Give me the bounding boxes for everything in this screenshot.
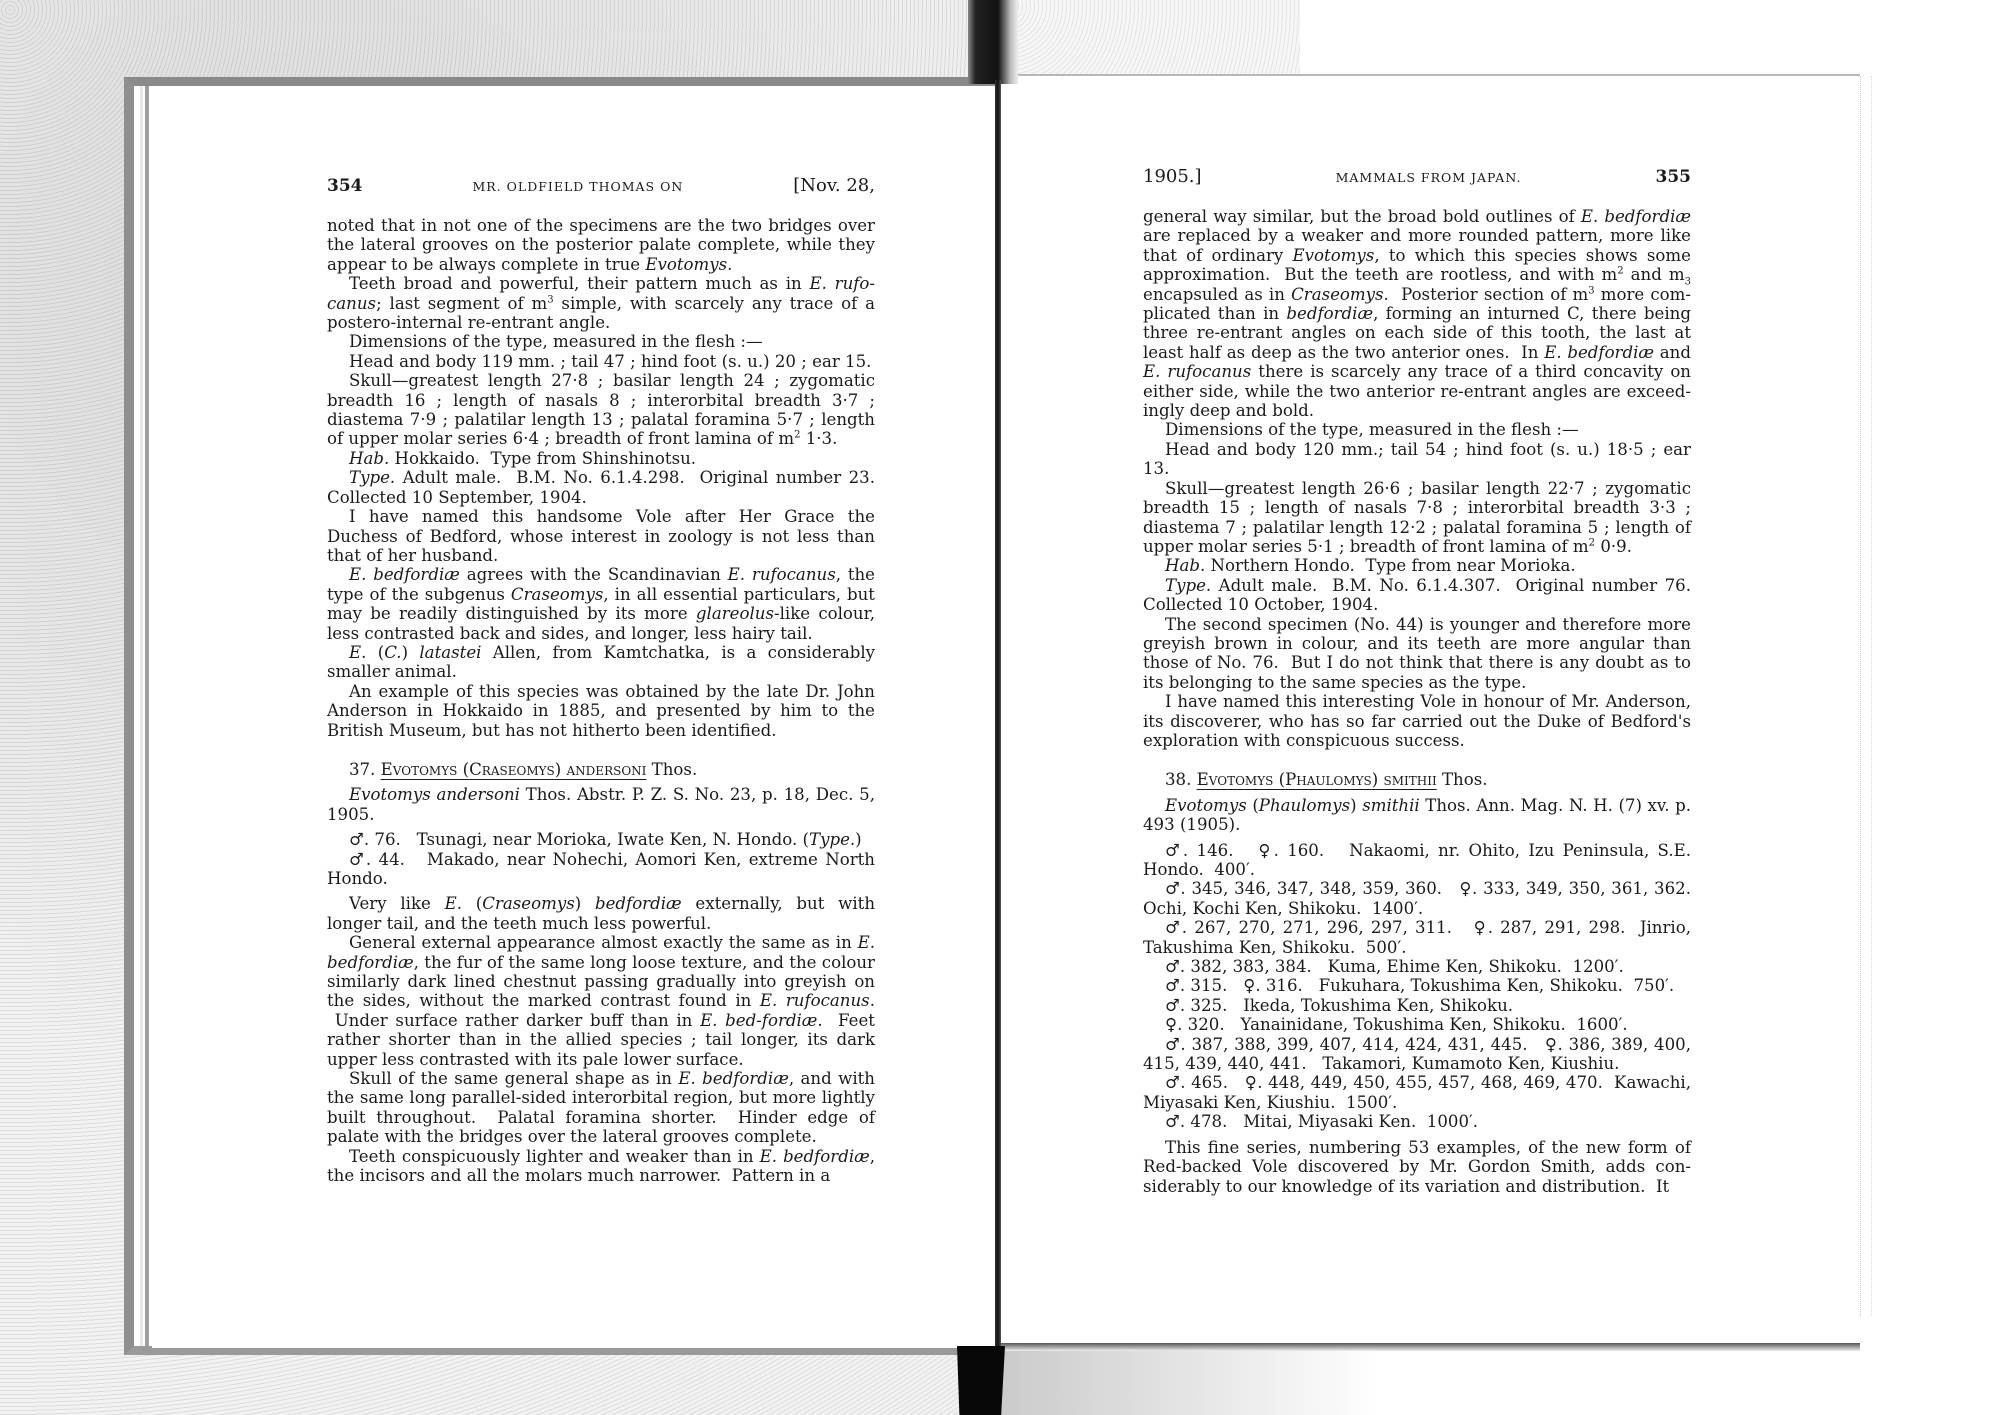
species-name: Evotomys (Phaulomys) smithii <box>1197 770 1437 789</box>
paragraph: Skull—greatest length 26·6 ; basilar len… <box>1143 479 1691 557</box>
paragraph: ♂. 315. ♀. 316. Fukuhara, Tokushima Ken,… <box>1143 976 1691 995</box>
paragraph: E. (C.) latastei Allen, from Kamtchatka,… <box>327 643 875 682</box>
right-page-bottom-shadow <box>1000 1343 1860 1351</box>
right-running-head: 1905.] MAMMALS FROM JAPAN. 355 <box>1143 167 1691 195</box>
paragraph: ♂. 44. Makado, near Nohechi, Aomori Ken,… <box>327 850 875 889</box>
paragraph: ♂. 387, 388, 399, 407, 414, 424, 431, 44… <box>1143 1035 1691 1074</box>
left-running-head: 354 MR. OLDFIELD THOMAS ON [Nov. 28, <box>327 176 875 204</box>
paragraph: Dimensions of the type, measured in the … <box>327 332 875 351</box>
section-heading-37: 37. Evotomys (Craseomys) andersoni Thos. <box>327 760 875 779</box>
paragraph: Evotomys (Phaulomys) smithii Thos. Ann. … <box>1143 796 1691 835</box>
paragraph: E. bedfordiæ agrees with the Scandinavia… <box>327 565 875 643</box>
right-body: general way similar, but the broad bold … <box>1143 207 1691 750</box>
paragraph: Head and body 119 mm. ; tail 47 ; hind f… <box>327 352 875 371</box>
paragraph: Teeth conspicuously lighter and weaker t… <box>327 1147 875 1186</box>
running-title: MAMMALS FROM JAPAN. <box>1336 168 1522 187</box>
paragraph: Skull of the same general shape as in E.… <box>327 1069 875 1147</box>
species-name: Evotomys (Craseomys) andersoni <box>381 760 647 779</box>
paragraph: ♀. 320. Yanainidane, Tokushima Ken, Shik… <box>1143 1015 1691 1034</box>
section-number: 37. <box>349 760 381 779</box>
paragraph: I have named this interesting Vole in ho… <box>1143 692 1691 750</box>
page-number: 355 <box>1656 168 1692 187</box>
book-spine-top <box>968 0 1018 84</box>
left-section-body: Evotomys andersoni Thos. Abstr. P. Z. S.… <box>327 785 875 1185</box>
paragraph: The second specimen (No. 44) is younger … <box>1143 615 1691 693</box>
left-body: noted that in not one of the specimens a… <box>327 216 875 740</box>
paragraph: ♂. 478. Mitai, Miyasaki Ken. 1000′. <box>1143 1112 1691 1131</box>
book-gutter <box>995 80 1001 1348</box>
paragraph: Dimensions of the type, measured in the … <box>1143 420 1691 439</box>
paragraph: Type. Adult male. B.M. No. 6.1.4.307. Or… <box>1143 576 1691 615</box>
paragraph: ♂. 76. Tsunagi, near Morioka, Iwate Ken,… <box>327 830 875 849</box>
paragraph: Evotomys andersoni Thos. Abstr. P. Z. S.… <box>327 785 875 824</box>
paragraph: I have named this handsome Vole after He… <box>327 507 875 565</box>
right-page-edge <box>1860 76 1872 1316</box>
running-title: MR. OLDFIELD THOMAS ON <box>472 177 683 196</box>
paragraph: ♂. 345, 346, 347, 348, 359, 360. ♀. 333,… <box>1143 879 1691 918</box>
right-page-text: 1905.] MAMMALS FROM JAPAN. 355 general w… <box>1143 167 1691 1196</box>
species-author: Thos. <box>1437 770 1488 789</box>
section-number: 38. <box>1165 770 1197 789</box>
species-author: Thos. <box>646 760 697 779</box>
running-date: [Nov. 28, <box>793 176 875 195</box>
paragraph: Very like E. (Craseomys) bedfordiæ exter… <box>327 894 875 933</box>
page-number: 354 <box>327 177 363 196</box>
paragraph: Type. Adult male. B.M. No. 6.1.4.298. Or… <box>327 468 875 507</box>
paragraph: general way similar, but the broad bold … <box>1143 207 1691 420</box>
paragraph: An example of this species was obtained … <box>327 682 875 740</box>
paragraph: General external appearance almost exact… <box>327 933 875 1069</box>
paragraph: Head and body 120 mm.; tail 54 ; hind fo… <box>1143 440 1691 479</box>
paragraph: noted that in not one of the specimens a… <box>327 216 875 274</box>
paragraph: This fine series, numbering 53 examples,… <box>1143 1138 1691 1196</box>
paragraph: Teeth broad and powerful, their pattern … <box>327 274 875 332</box>
running-date: 1905.] <box>1143 167 1202 186</box>
section-heading-38: 38. Evotomys (Phaulomys) smithii Thos. <box>1143 770 1691 789</box>
paragraph: ♂. 267, 270, 271, 296, 297, 311. ♀. 287,… <box>1143 918 1691 957</box>
paragraph: Skull—greatest length 27·8 ; basilar len… <box>327 371 875 449</box>
right-section-body: Evotomys (Phaulomys) smithii Thos. Ann. … <box>1143 796 1691 1196</box>
left-page-text: 354 MR. OLDFIELD THOMAS ON [Nov. 28, not… <box>327 176 875 1186</box>
paragraph: ♂. 465. ♀. 448, 449, 450, 455, 457, 468,… <box>1143 1073 1691 1112</box>
book-spine-bottom <box>957 1346 1005 1415</box>
paragraph: ♂. 325. Ikeda, Tokushima Ken, Shikoku. <box>1143 996 1691 1015</box>
paragraph: Hab. Hokkaido. Type from Shinshinotsu. <box>327 449 875 468</box>
paragraph: ♂. 146. ♀. 160. Nakaomi, nr. Ohito, Izu … <box>1143 841 1691 880</box>
paragraph: Hab. Northern Hondo. Type from near Mori… <box>1143 556 1691 575</box>
scanner-background-bottom-right <box>1000 1345 1380 1415</box>
paragraph: ♂. 382, 383, 384. Kuma, Ehime Ken, Shiko… <box>1143 957 1691 976</box>
